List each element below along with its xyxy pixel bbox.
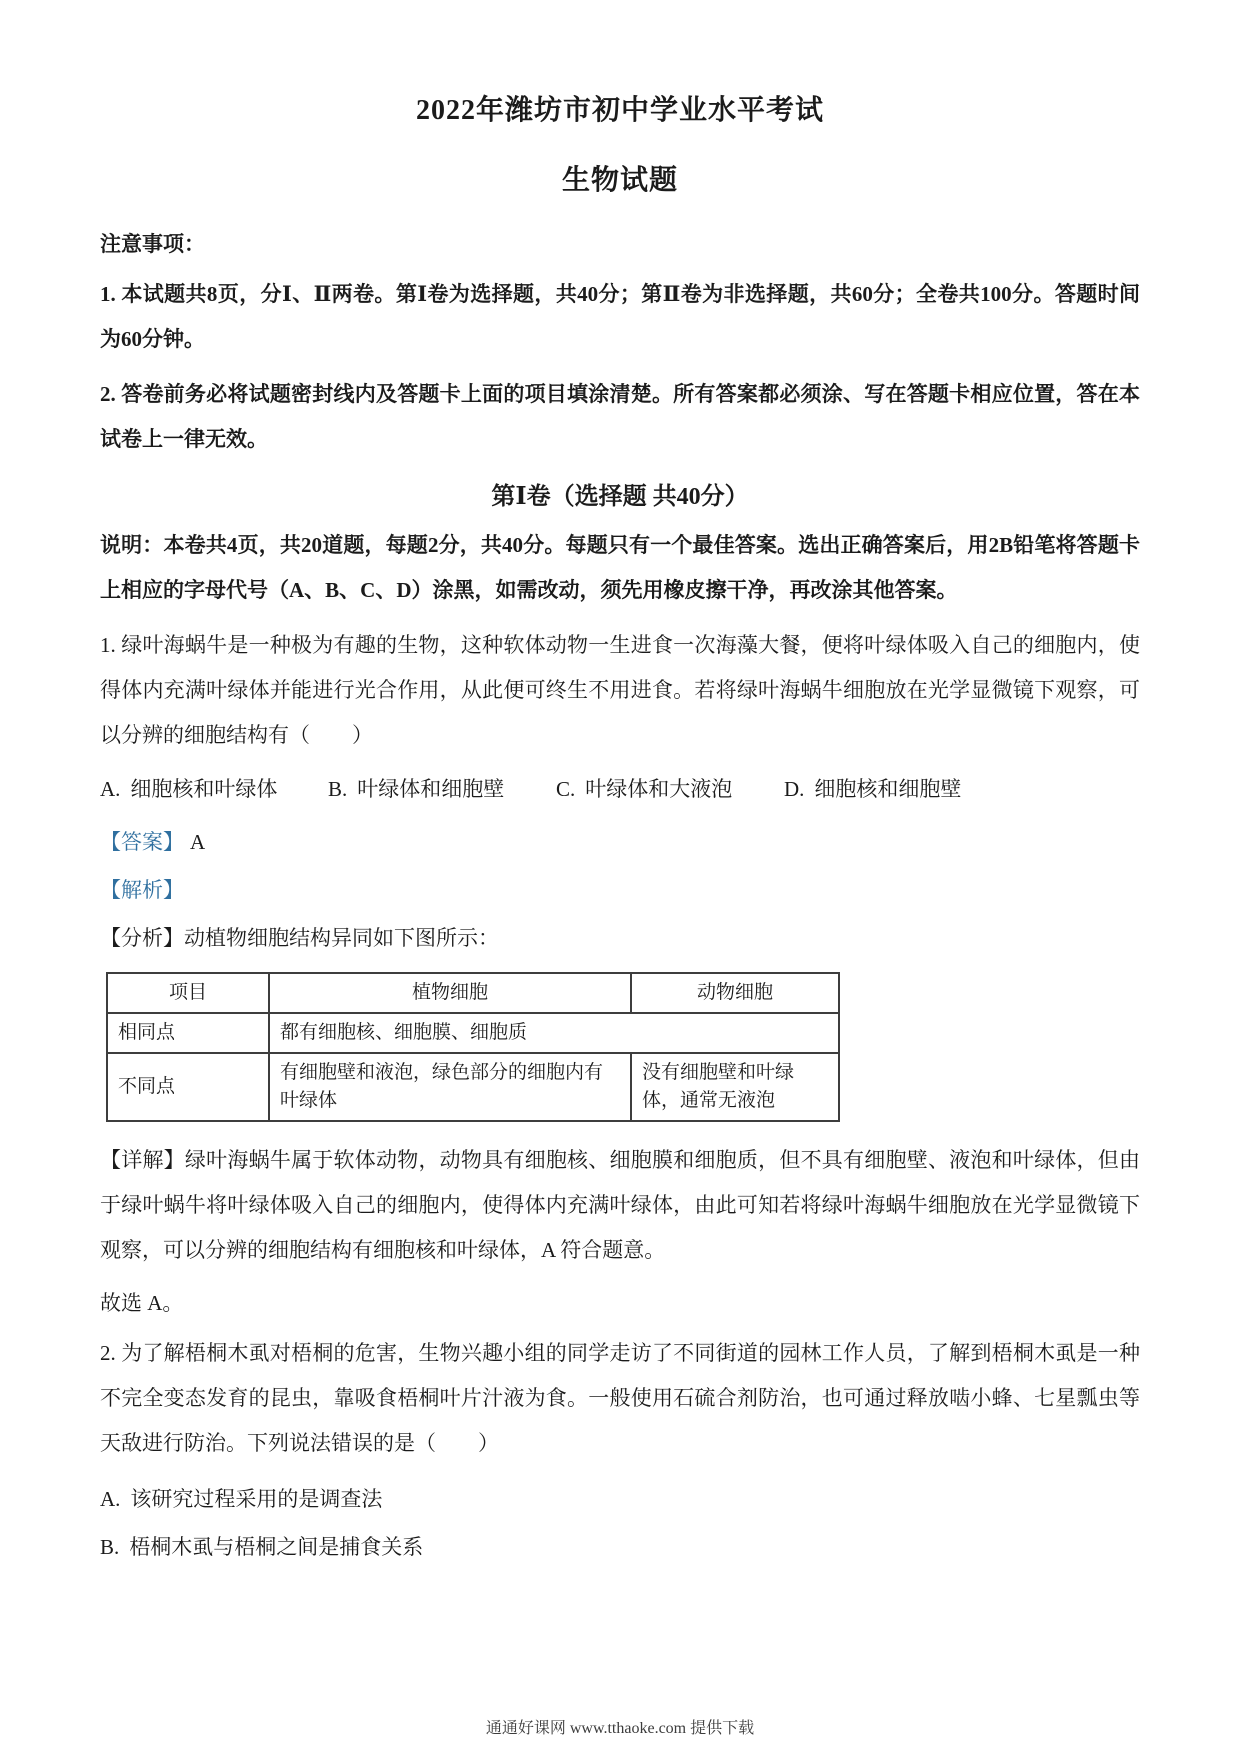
question1-option-b: B.叶绿体和细胞壁 bbox=[328, 768, 556, 810]
option-label: B. bbox=[100, 1535, 119, 1559]
section1-instructions: 说明：本卷共4页，共20道题，每题2分，共40分。每题只有一个最佳答案。选出正确… bbox=[100, 523, 1140, 613]
option-text: 梧桐木虱与梧桐之间是捕食关系 bbox=[129, 1535, 423, 1559]
question1-stem: 1. 绿叶海蜗牛是一种极为有趣的生物，这种软体动物一生进食一次海藻大餐，便将叶绿… bbox=[100, 623, 1140, 758]
table-header-animal: 动物细胞 bbox=[631, 973, 839, 1013]
answer-value: A bbox=[190, 830, 205, 854]
row-value-same: 都有细胞核、细胞膜、细胞质 bbox=[269, 1013, 839, 1053]
row-label-diff: 不同点 bbox=[107, 1053, 269, 1121]
row-value-diff-animal: 没有细胞壁和叶绿体，通常无液泡 bbox=[631, 1053, 839, 1121]
question1-conclusion: 故选 A。 bbox=[100, 1283, 1140, 1323]
table-header-row: 项目 植物细胞 动物细胞 bbox=[107, 973, 839, 1013]
detail-label: 【详解】 bbox=[100, 1148, 185, 1172]
row-value-diff-plant: 有细胞壁和液泡，绿色部分的细胞内有叶绿体 bbox=[269, 1053, 631, 1121]
table-row-diff: 不同点 有细胞壁和液泡，绿色部分的细胞内有叶绿体 没有细胞壁和叶绿体，通常无液泡 bbox=[107, 1053, 839, 1121]
option-label: A. bbox=[100, 777, 120, 801]
table-header-plant: 植物细胞 bbox=[269, 973, 631, 1013]
notice-item-2: 2. 答卷前务必将试题密封线内及答题卡上面的项目填涂清楚。所有答案都必须涂、写在… bbox=[100, 372, 1140, 462]
option-text: 细胞核和叶绿体 bbox=[130, 777, 277, 801]
notice-heading: 注意事项： bbox=[100, 224, 1140, 264]
page-subtitle: 生物试题 bbox=[100, 158, 1140, 198]
option-text: 叶绿体和细胞壁 bbox=[357, 777, 504, 801]
detail-text: 绿叶海蜗牛属于软体动物，动物具有细胞核、细胞膜和细胞质，但不具有细胞壁、液泡和叶… bbox=[100, 1148, 1140, 1262]
question1-option-d: D.细胞核和细胞壁 bbox=[784, 768, 961, 810]
table-header-item: 项目 bbox=[107, 973, 269, 1013]
option-label: A. bbox=[100, 1487, 120, 1511]
section1-heading: 第Ⅰ卷（选择题 共40分） bbox=[100, 476, 1140, 511]
question2-option-b: B.梧桐木虱与梧桐之间是捕食关系 bbox=[100, 1532, 1140, 1562]
exam-document-page: 2022年潍坊市初中学业水平考试 生物试题 注意事项： 1. 本试题共8页，分Ⅰ… bbox=[0, 0, 1240, 1562]
page-title: 2022年潍坊市初中学业水平考试 bbox=[100, 88, 1140, 128]
question1-answer-line: 【答案】A bbox=[100, 822, 1140, 862]
answer-label: 【答案】 bbox=[100, 830, 184, 854]
question1-analysis-line: 【分析】动植物细胞结构异同如下图所示： bbox=[100, 918, 1140, 958]
table-row-same: 相同点 都有细胞核、细胞膜、细胞质 bbox=[107, 1013, 839, 1053]
question1-option-c: C.叶绿体和大液泡 bbox=[556, 768, 784, 810]
option-label: D. bbox=[784, 777, 804, 801]
footer-text: 通通好课网 www.tthaoke.com 提供下载 bbox=[0, 1715, 1240, 1738]
row-label-same: 相同点 bbox=[107, 1013, 269, 1053]
question2-stem: 2. 为了解梧桐木虱对梧桐的危害，生物兴趣小组的同学走访了不同街道的园林工作人员… bbox=[100, 1331, 1140, 1466]
question1-options: A.细胞核和叶绿体 B.叶绿体和细胞壁 C.叶绿体和大液泡 D.细胞核和细胞壁 bbox=[100, 768, 1140, 810]
question1-option-a: A.细胞核和叶绿体 bbox=[100, 768, 328, 810]
question1-analysis-heading: 【解析】 bbox=[100, 870, 1140, 910]
option-label: C. bbox=[556, 777, 575, 801]
option-text: 该研究过程采用的是调查法 bbox=[130, 1487, 382, 1511]
notice-item-1: 1. 本试题共8页，分Ⅰ、Ⅱ两卷。第Ⅰ卷为选择题，共40分；第Ⅱ卷为非选择题，共… bbox=[100, 272, 1140, 362]
option-text: 叶绿体和大液泡 bbox=[585, 777, 732, 801]
option-label: B. bbox=[328, 777, 347, 801]
cell-comparison-table: 项目 植物细胞 动物细胞 相同点 都有细胞核、细胞膜、细胞质 不同点 有细胞壁和… bbox=[106, 972, 840, 1122]
question1-detail-para: 【详解】绿叶海蜗牛属于软体动物，动物具有细胞核、细胞膜和细胞质，但不具有细胞壁、… bbox=[100, 1138, 1140, 1273]
analysis-intro: 动植物细胞结构异同如下图所示： bbox=[184, 926, 499, 950]
question2-option-a: A.该研究过程采用的是调查法 bbox=[100, 1484, 1140, 1514]
option-text: 细胞核和细胞壁 bbox=[814, 777, 961, 801]
analysis-label: 【分析】 bbox=[100, 926, 184, 950]
